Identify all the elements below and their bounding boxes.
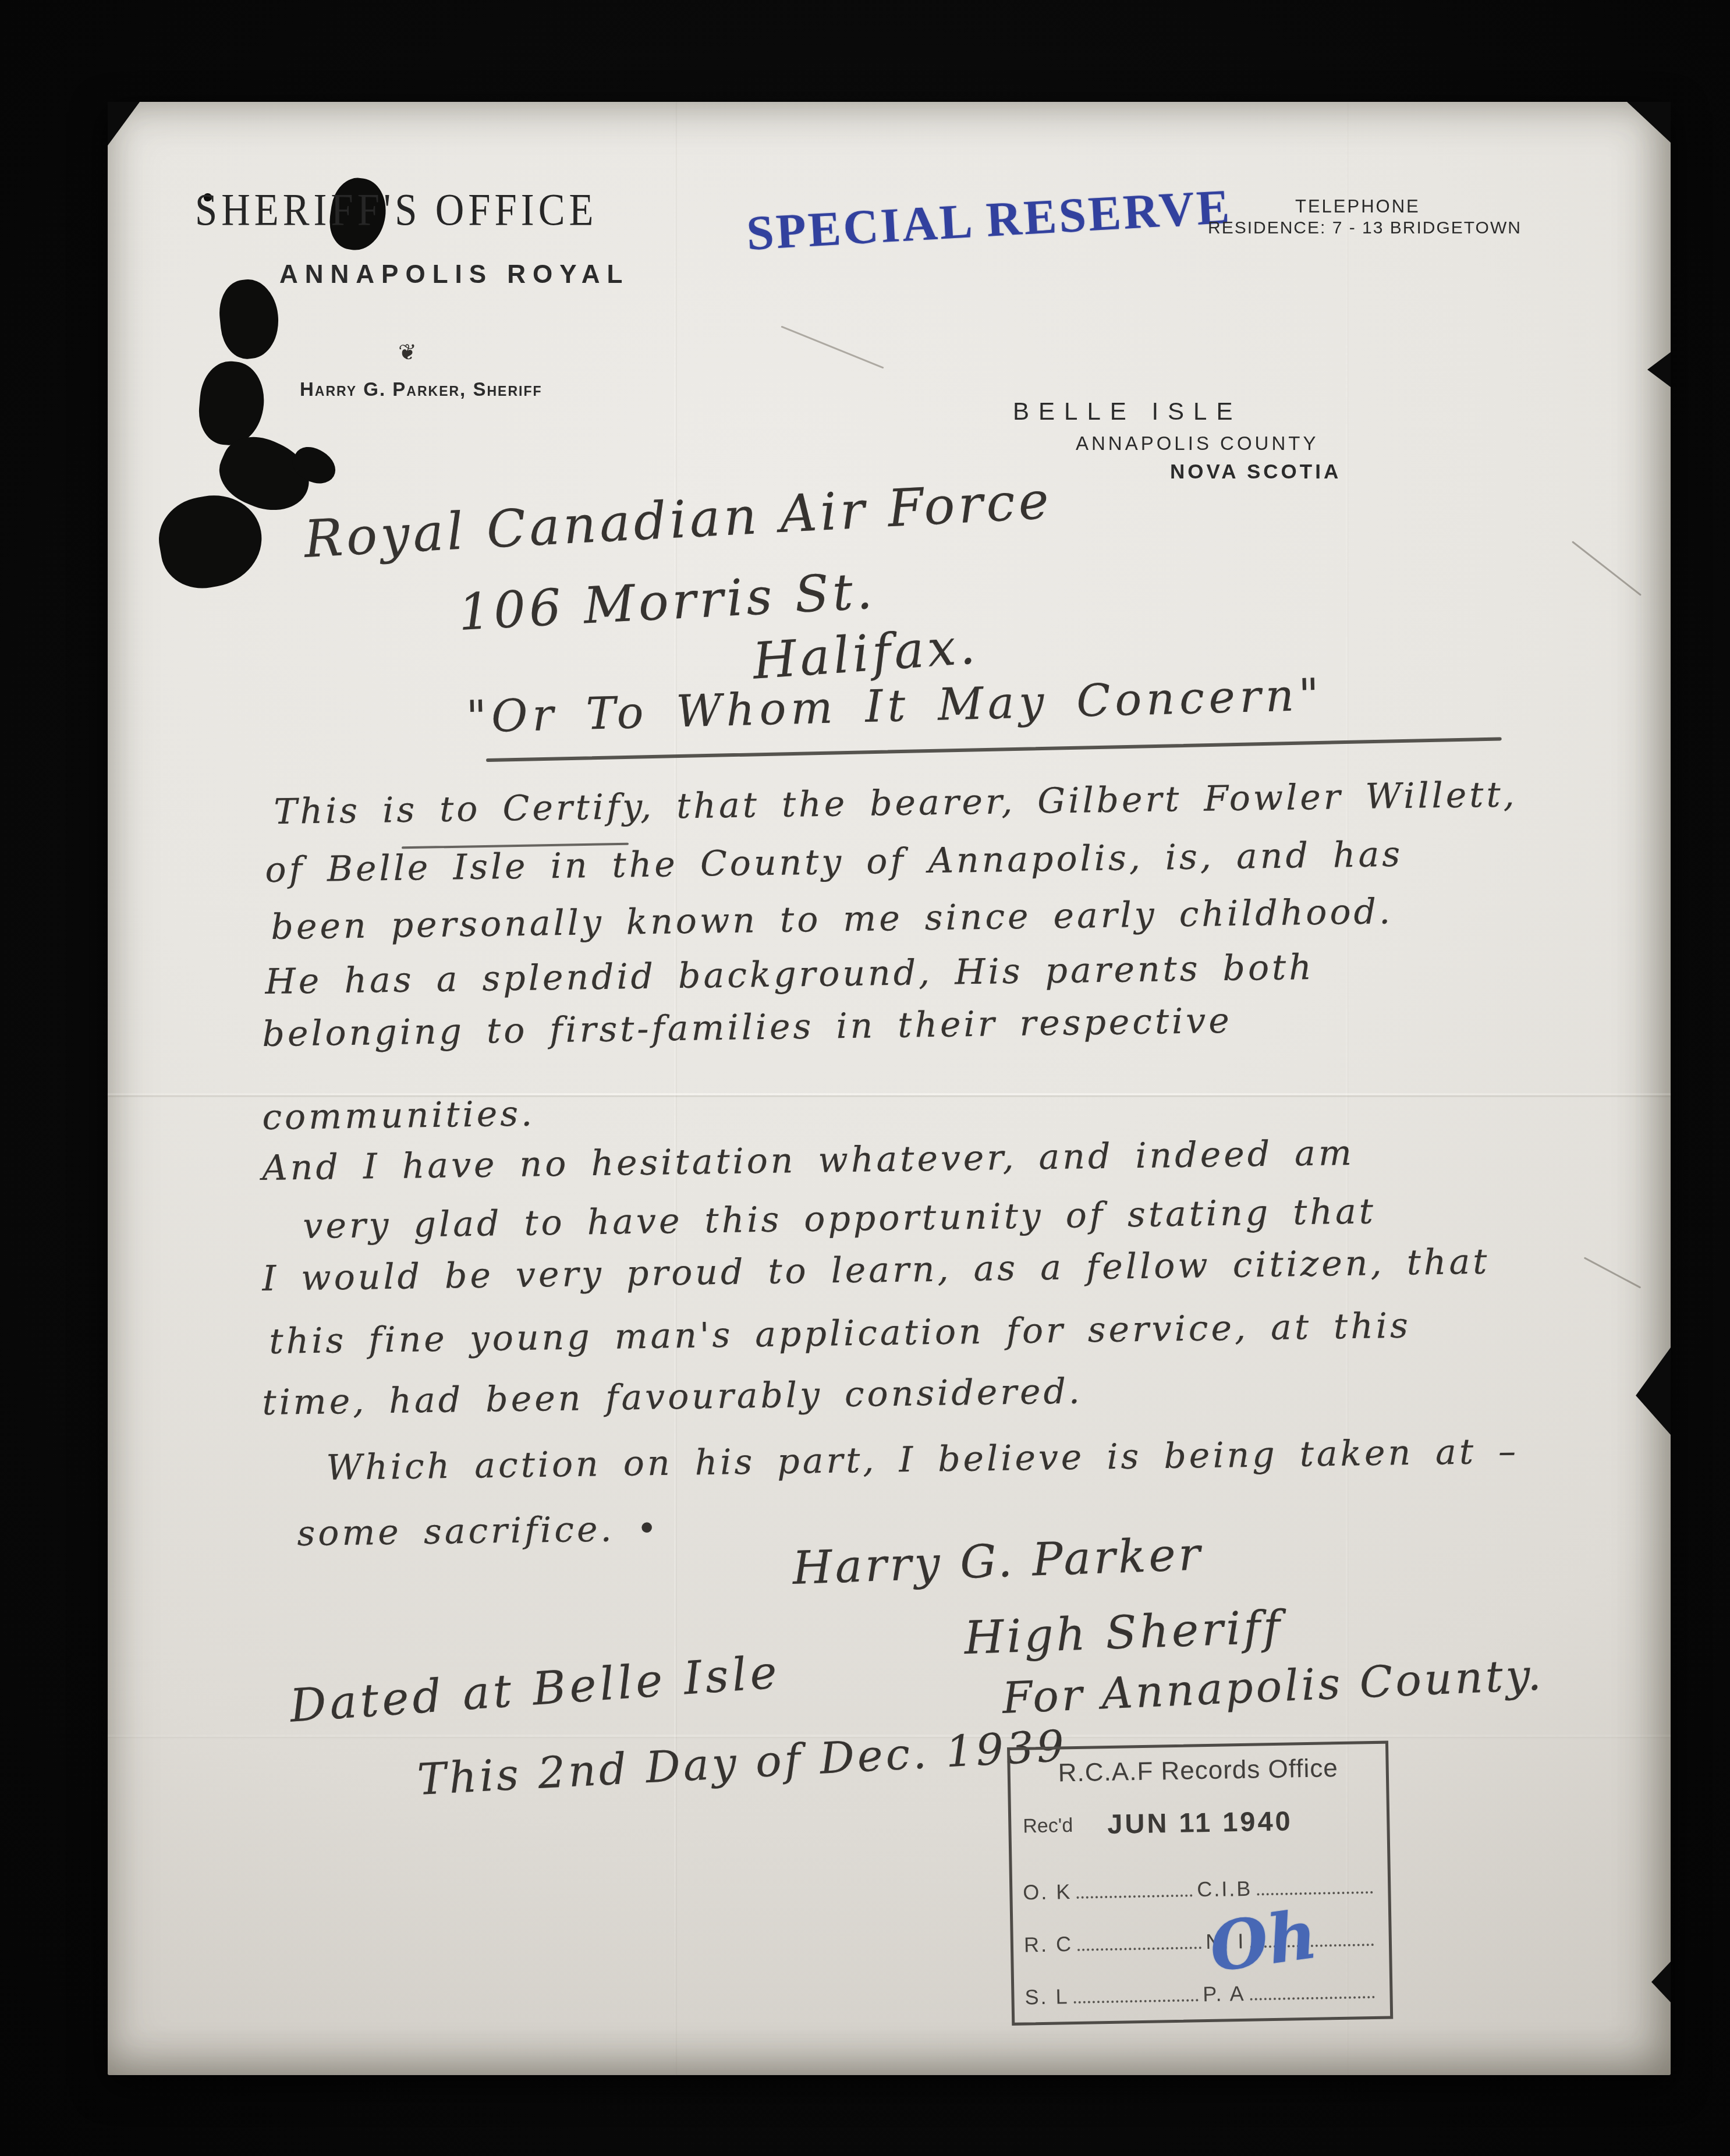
signature-name: Harry G. Parker (792, 1528, 1204, 1595)
salutation-underline (486, 737, 1502, 762)
pen-scratch (781, 326, 884, 369)
dotted-leader (1076, 1893, 1192, 1898)
edge-tear (1651, 1962, 1671, 2002)
body-line: belonging to first-families in their res… (262, 1001, 1232, 1055)
dotted-leader (1257, 1891, 1373, 1895)
rcaf-row-label: S. L (1024, 1984, 1069, 2009)
dotted-leader (1074, 1998, 1199, 2003)
body-line: this fine young man's application for se… (269, 1306, 1411, 1362)
body-line: very glad to have this opportunity of st… (303, 1191, 1376, 1247)
signature-county: For Annapolis County. (1001, 1650, 1545, 1724)
rcaf-row-label: O. K (1023, 1880, 1072, 1905)
rcaf-stamp-title: R.C.A.F Records Office (1010, 1753, 1386, 1789)
rcaf-received-date: JUN 11 1940 (1107, 1804, 1293, 1840)
edge-tear (1628, 1347, 1671, 1435)
body-line: He has a splendid background, His parent… (265, 947, 1314, 1002)
horizontal-fold-crease (108, 1093, 1671, 1095)
corner-fold (1627, 102, 1671, 143)
signature-title: High Sheriff (963, 1601, 1284, 1665)
telephone-label: TELEPHONE (1295, 196, 1420, 217)
rcaf-row-label: C.I.B (1197, 1877, 1253, 1902)
place-nova-scotia: NOVA SCOTIA (1170, 460, 1341, 484)
ink-blot (196, 359, 267, 448)
salutation-line: "Or To Whom It May Concern" (466, 668, 1324, 743)
letterhead-office-title: SHERIFF'S OFFICE (195, 183, 598, 236)
dotted-leader (1077, 1946, 1201, 1951)
letterhead-office-location: ANNAPOLIS ROYAL (279, 260, 629, 289)
dotted-leader (1250, 1995, 1375, 2001)
body-line: been personally known to me since early … (271, 891, 1394, 948)
dateline-date: This 2nd Day of Dec. 1939 (416, 1721, 1068, 1805)
rcaf-stamp-row: O. K C.I.B (1023, 1874, 1378, 1905)
body-line: communities. (262, 1093, 536, 1138)
place-annapolis-county: ANNAPOLIS COUNTY (1076, 432, 1318, 455)
dateline-place: Dated at Belle Isle (288, 1646, 782, 1733)
rcaf-received-label: Rec'd (1023, 1814, 1073, 1838)
body-line: This is to Certify, that the bearer, Gil… (274, 774, 1518, 832)
edge-tear (1647, 352, 1671, 387)
edge-scratch (1572, 541, 1642, 596)
telephone-residence: RESIDENCE: 7 - 13 BRIDGETOWN (1208, 218, 1522, 238)
body-line: time, had been favourably considered. (262, 1371, 1083, 1423)
letterhead-sheriff-name: Harry G. Parker, Sheriff (300, 378, 543, 400)
body-line: of Belle Isle in the County of Annapolis… (265, 834, 1403, 891)
special-reserve-stamp: SPECIAL RESERVE (745, 178, 1233, 261)
rcaf-row-label: R. C (1024, 1932, 1073, 1957)
body-line: some sacrifice. • (297, 1508, 660, 1554)
rcaf-stamp-row: S. L P. A (1024, 1979, 1380, 2010)
recipient-line: Royal Canadian Air Force (303, 470, 1054, 569)
letter-paper: SHERIFF'S OFFICE ANNAPOLIS ROYAL ❦ Harry… (108, 102, 1671, 2075)
blue-initials-scribble: Oh (1205, 1895, 1322, 1988)
rcaf-stamp-row: R. C N. I (1024, 1927, 1379, 1958)
scroll-ornament-icon: ❦ (358, 339, 457, 366)
body-line: And I have no hesitation whatever, and i… (262, 1133, 1355, 1189)
place-belle-isle: BELLE ISLE (1013, 398, 1242, 425)
edge-scratch (1584, 1257, 1642, 1288)
body-line: Which action on his part, I believe is b… (326, 1431, 1519, 1488)
ink-blot (216, 276, 282, 361)
body-line: I would be very proud to learn, as a fel… (262, 1242, 1490, 1299)
photo-background: SHERIFF'S OFFICE ANNAPOLIS ROYAL ❦ Harry… (0, 0, 1730, 2156)
rcaf-records-stamp: R.C.A.F Records Office Rec'd JUN 11 1940… (1007, 1741, 1393, 2026)
corner-fold (108, 102, 140, 146)
